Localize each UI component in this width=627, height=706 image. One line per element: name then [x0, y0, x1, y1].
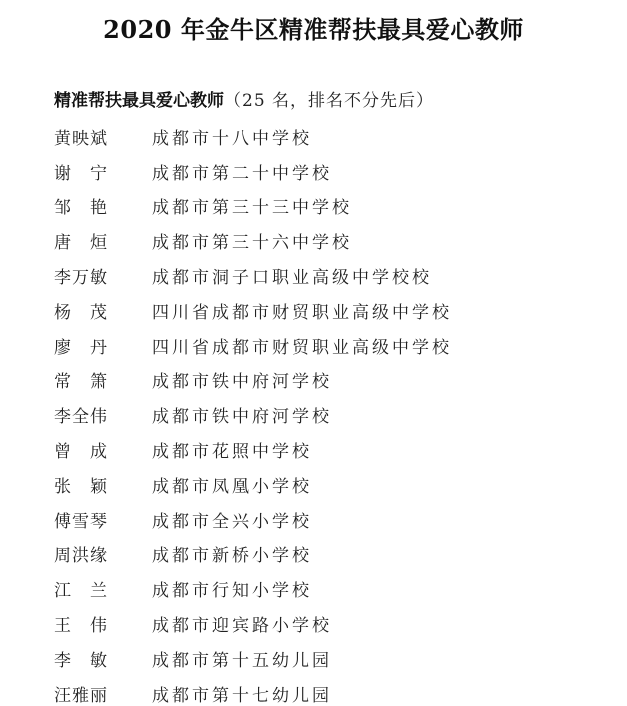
teacher-row: 周洪缘成都市新桥小学校 — [54, 537, 614, 572]
teacher-row: 黄映斌成都市十八中学校 — [54, 119, 614, 154]
teacher-name: 唐 烜 — [54, 228, 152, 253]
teacher-row: 邹 艳成都市第三十三中学校 — [54, 189, 614, 224]
teacher-name: 王 伟 — [54, 611, 152, 636]
teacher-school: 成都市新桥小学校 — [152, 541, 312, 566]
teacher-row: 常 箫成都市铁中府河学校 — [54, 363, 614, 398]
teacher-row: 李万敏成都市洞子口职业高级中学校校 — [54, 258, 614, 293]
teacher-school: 成都市第十七幼儿园 — [152, 681, 332, 706]
teacher-row: 杨 茂四川省成都市财贸职业高级中学校 — [54, 293, 614, 328]
teacher-name: 邹 艳 — [54, 193, 152, 218]
teacher-name: 江 兰 — [54, 576, 152, 601]
teacher-school: 成都市第二十中学校 — [152, 159, 332, 184]
teacher-name: 黄映斌 — [54, 124, 152, 149]
teacher-school: 成都市洞子口职业高级中学校校 — [152, 263, 432, 288]
section-heading-note: （25 名，排名不分先后） — [224, 91, 434, 111]
teacher-row: 汪雅丽成都市第十七幼儿园 — [54, 676, 614, 706]
teacher-school: 成都市全兴小学校 — [152, 507, 312, 532]
document-title: 2020 年金牛区精准帮扶最具爱心教师 — [0, 12, 627, 48]
teacher-name: 李 敏 — [54, 646, 152, 671]
teacher-name: 李全伟 — [54, 402, 152, 427]
teacher-name: 汪雅丽 — [54, 681, 152, 706]
teacher-row: 李全伟成都市铁中府河学校 — [54, 397, 614, 432]
teacher-row: 傅雪琴成都市全兴小学校 — [54, 502, 614, 537]
teacher-row: 李 敏成都市第十五幼儿园 — [54, 641, 614, 676]
teacher-school: 成都市凤凰小学校 — [152, 472, 312, 497]
teacher-row: 曾 成成都市花照中学校 — [54, 432, 614, 467]
teacher-name: 曾 成 — [54, 437, 152, 462]
teacher-name: 常 箫 — [54, 367, 152, 392]
section-heading-label: 精准帮扶最具爱心教师 — [54, 91, 224, 111]
teacher-row: 谢 宁成都市第二十中学校 — [54, 154, 614, 189]
teacher-school: 成都市铁中府河学校 — [152, 402, 332, 427]
teacher-school: 成都市第三十六中学校 — [152, 228, 352, 253]
teacher-name: 谢 宁 — [54, 159, 152, 184]
teacher-school: 四川省成都市财贸职业高级中学校 — [152, 298, 452, 323]
section-heading: 精准帮扶最具爱心教师（25 名，排名不分先后） — [54, 88, 434, 114]
teacher-row: 张 颖成都市凤凰小学校 — [54, 467, 614, 502]
teacher-row: 唐 烜成都市第三十六中学校 — [54, 223, 614, 258]
teacher-school: 成都市花照中学校 — [152, 437, 312, 462]
teacher-name: 廖 丹 — [54, 333, 152, 358]
teacher-school: 成都市铁中府河学校 — [152, 367, 332, 392]
teacher-school: 四川省成都市财贸职业高级中学校 — [152, 333, 452, 358]
teacher-name: 李万敏 — [54, 263, 152, 288]
teacher-row: 江 兰成都市行知小学校 — [54, 571, 614, 606]
teacher-name: 傅雪琴 — [54, 507, 152, 532]
teacher-school: 成都市第十五幼儿园 — [152, 646, 332, 671]
teacher-list: 黄映斌成都市十八中学校 谢 宁成都市第二十中学校 邹 艳成都市第三十三中学校 唐… — [54, 119, 614, 706]
teacher-school: 成都市十八中学校 — [152, 124, 312, 149]
teacher-school: 成都市迎宾路小学校 — [152, 611, 332, 636]
teacher-row: 廖 丹四川省成都市财贸职业高级中学校 — [54, 328, 614, 363]
teacher-school: 成都市第三十三中学校 — [152, 193, 352, 218]
teacher-row: 王 伟成都市迎宾路小学校 — [54, 606, 614, 641]
teacher-school: 成都市行知小学校 — [152, 576, 312, 601]
teacher-name: 张 颖 — [54, 472, 152, 497]
teacher-name: 周洪缘 — [54, 541, 152, 566]
teacher-name: 杨 茂 — [54, 298, 152, 323]
